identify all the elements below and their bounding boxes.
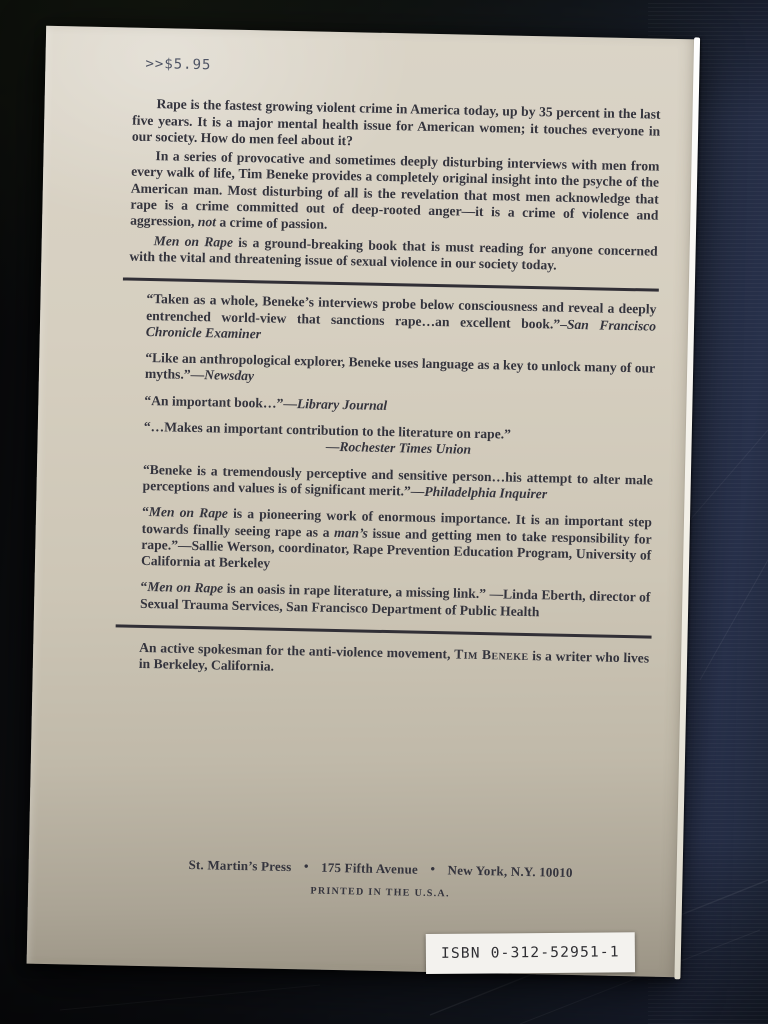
review-quote-library-journal: “An important book…”—Library Journal bbox=[144, 393, 654, 420]
isbn-sticker: ISBN 0-312-52951-1 bbox=[426, 932, 635, 974]
review-quote-newsday: “Like an anthropological explorer, Benek… bbox=[145, 350, 656, 393]
bullet-separator-icon: • bbox=[430, 861, 435, 877]
review-quote-eberth: “Men on Rape is an oasis in rape literat… bbox=[140, 579, 651, 622]
back-cover-content: >>$5.95 Rape is the fastest growing viol… bbox=[27, 26, 697, 977]
printed-in-usa-line: PRINTED IN THE U.S.A. bbox=[116, 880, 644, 907]
imprint-footer: St. Martin’s Press • 175 Fifth Avenue • … bbox=[116, 855, 645, 907]
publisher-line: St. Martin’s Press • 175 Fifth Avenue • … bbox=[117, 855, 645, 882]
divider-rule-top bbox=[123, 278, 659, 292]
blurb-paragraph-2: In a series of provocative and sometimes… bbox=[130, 148, 660, 241]
bullet-separator-icon: • bbox=[304, 858, 309, 874]
divider-rule-bottom bbox=[116, 624, 652, 638]
review-quote-werson: “Men on Rape is a pioneering work of eno… bbox=[141, 504, 652, 580]
price-marking: >>$5.95 bbox=[145, 56, 661, 83]
photo-background: >>$5.95 Rape is the fastest growing viol… bbox=[0, 0, 768, 1024]
publisher-city: New York, N.Y. 10010 bbox=[447, 862, 572, 880]
publisher-name: St. Martin’s Press bbox=[188, 857, 291, 874]
review-quote-inquirer: “Beneke is a tremendously perceptive and… bbox=[142, 462, 653, 505]
isbn-text: ISBN 0-312-52951-1 bbox=[441, 944, 620, 962]
book-back-cover: >>$5.95 Rape is the fastest growing viol… bbox=[27, 26, 697, 977]
review-quote-rochester: “…Makes an important contribution to the… bbox=[143, 419, 654, 462]
review-quotes-section: “Taken as a whole, Beneke’s interviews p… bbox=[140, 291, 657, 622]
blurb-paragraph-3: Men on Rape is a ground-breaking book th… bbox=[129, 232, 658, 276]
blurb-paragraph-1: Rape is the fastest growing violent crim… bbox=[132, 96, 661, 156]
review-quote-chronicle: “Taken as a whole, Beneke’s interviews p… bbox=[146, 291, 657, 351]
author-bio: An active spokesman for the anti-violenc… bbox=[139, 640, 650, 683]
publisher-address: 175 Fifth Avenue bbox=[321, 860, 418, 877]
